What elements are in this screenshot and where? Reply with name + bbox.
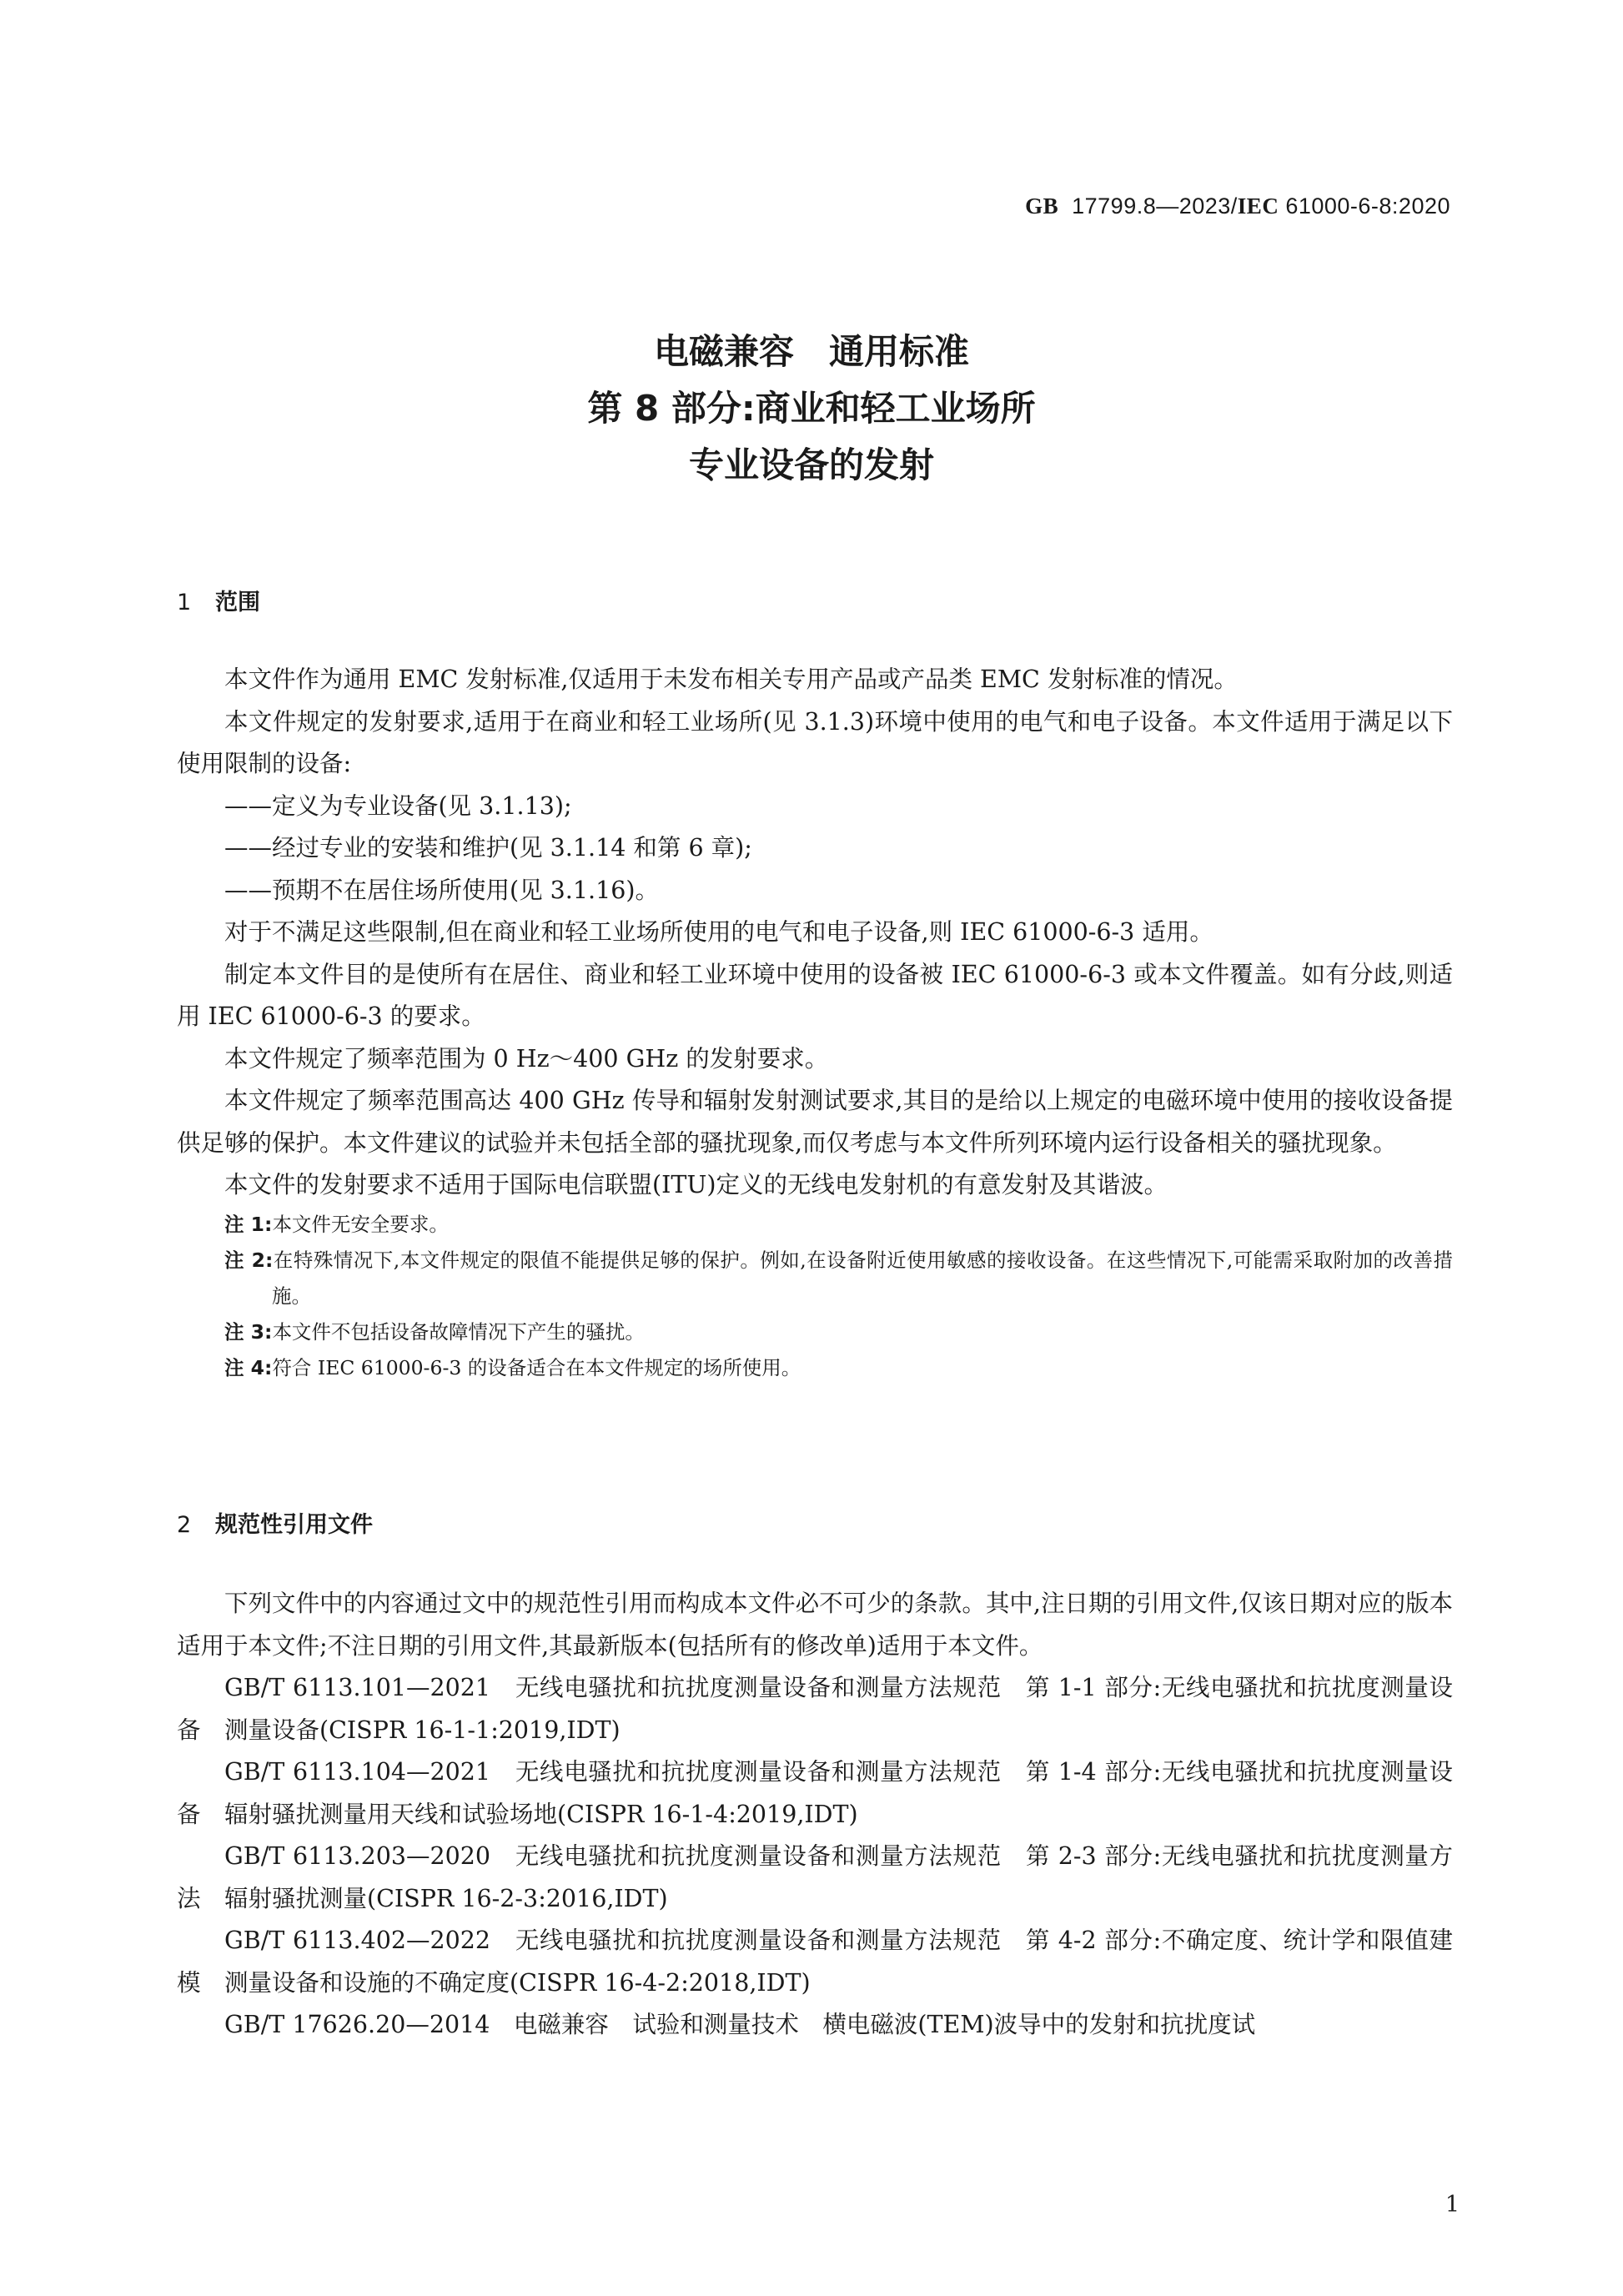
note-text: 符合 IEC 61000-6-3 的设备适合在本文件规定的场所使用。 [272,1356,801,1379]
reference-item: GB/T 6113.104—2021 无线电骚扰和抗扰度测量设备和测量方法规范 … [177,1751,1453,1836]
paragraph: 本文件作为通用 EMC 发射标准,仅适用于未发布相关专用产品或产品类 EMC 发… [177,659,1453,701]
standard-number-main: 17799.8—2023/ [1072,193,1238,219]
note-label: 注 3: [224,1320,272,1344]
note-label: 注 2: [224,1248,273,1272]
document-title: 电磁兼容 通用标准 第 8 部分:商业和轻工业场所 专业设备的发射 [0,324,1623,494]
section-number: 1 [177,590,215,615]
page-number: 1 [1445,2192,1460,2218]
standard-number: GB 17799.8—2023/IEC 61000-6-8:2020 [1025,193,1450,219]
standard-iec-prefix: IEC [1238,193,1279,219]
paragraph: 本文件规定的发射要求,适用于在商业和轻工业场所(见 3.1.3)环境中使用的电气… [177,701,1453,786]
note-1: 注 1:本文件无安全要求。 [177,1207,1453,1243]
note-label: 注 4: [224,1356,272,1379]
note-text: 本文件不包括设备故障情况下产生的骚扰。 [272,1320,645,1344]
section-2-body: 下列文件中的内容通过文中的规范性引用而构成本文件必不可少的条款。其中,注日期的引… [177,1583,1453,2047]
section-1-heading: 1范围 [177,584,260,616]
list-item: ——预期不在居住场所使用(见 3.1.16)。 [177,870,1453,912]
paragraph: 本文件规定了频率范围为 0 Hz～400 GHz 的发射要求。 [177,1038,1453,1081]
section-number: 2 [177,1512,215,1538]
reference-item: GB/T 6113.101—2021 无线电骚扰和抗扰度测量设备和测量方法规范 … [177,1667,1453,1751]
paragraph: 本文件规定了频率范围高达 400 GHz 传导和辐射发射测试要求,其目的是给以上… [177,1080,1453,1164]
paragraph: 制定本文件目的是使所有在居住、商业和轻工业环境中使用的设备被 IEC 61000… [177,954,1453,1038]
list-item: ——定义为专业设备(见 3.1.13); [177,786,1453,828]
reference-item: GB/T 6113.203—2020 无线电骚扰和抗扰度测量设备和测量方法规范 … [177,1836,1453,1920]
section-1-body: 本文件作为通用 EMC 发射标准,仅适用于未发布相关专用产品或产品类 EMC 发… [177,659,1453,1386]
document-page: GB 17799.8—2023/IEC 61000-6-8:2020 电磁兼容 … [0,0,1623,2296]
reference-item: GB/T 17626.20—2014 电磁兼容 试验和测量技术 横电磁波(TEM… [177,2004,1453,2047]
section-2-heading: 2规范性引用文件 [177,1506,373,1539]
title-line-3: 专业设备的发射 [0,437,1623,494]
standard-prefix: GB [1025,193,1058,219]
note-text: 在特殊情况下,本文件规定的限值不能提供足够的保护。例如,在设备附近使用敏感的接收… [272,1248,1453,1308]
note-3: 注 3:本文件不包括设备故障情况下产生的骚扰。 [177,1314,1453,1350]
title-line-1: 电磁兼容 通用标准 [0,324,1623,380]
paragraph: 对于不满足这些限制,但在商业和轻工业场所使用的电气和电子设备,则 IEC 610… [177,912,1453,954]
reference-item: GB/T 6113.402—2022 无线电骚扰和抗扰度测量设备和测量方法规范 … [177,1920,1453,2004]
paragraph: 下列文件中的内容通过文中的规范性引用而构成本文件必不可少的条款。其中,注日期的引… [177,1583,1453,1667]
note-4: 注 4:符合 IEC 61000-6-3 的设备适合在本文件规定的场所使用。 [177,1350,1453,1386]
list-item: ——经过专业的安装和维护(见 3.1.14 和第 6 章); [177,827,1453,870]
section-title: 范围 [215,590,260,615]
note-2: 注 2:在特殊情况下,本文件规定的限值不能提供足够的保护。例如,在设备附近使用敏… [177,1243,1453,1314]
title-line-2: 第 8 部分:商业和轻工业场所 [0,380,1623,437]
note-label: 注 1: [224,1213,272,1236]
note-text: 本文件无安全要求。 [272,1213,449,1236]
paragraph: 本文件的发射要求不适用于国际电信联盟(ITU)定义的无线电发射机的有意发射及其谐… [177,1164,1453,1207]
standard-iec-number: 61000-6-8:2020 [1285,193,1450,219]
section-title: 规范性引用文件 [215,1512,373,1538]
